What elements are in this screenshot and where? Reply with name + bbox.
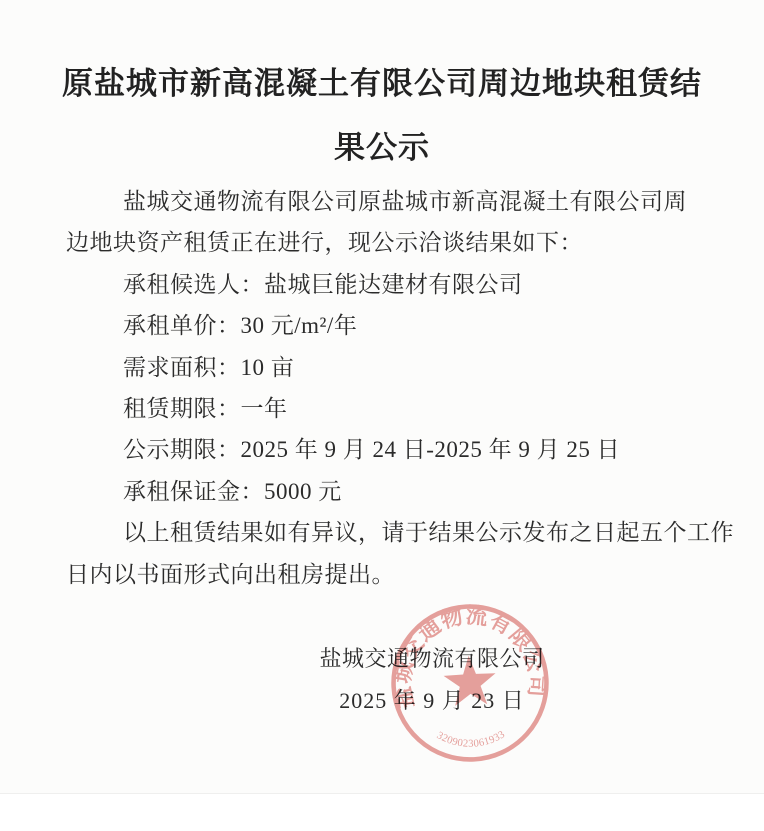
document-text-line: 公示期限：2025 年 9 月 24 日-2025 年 9 月 25 日 [66, 429, 690, 470]
signature-company: 盐城交通物流有限公司 [282, 646, 582, 672]
document-text: 租赁期限：一年 [123, 396, 288, 421]
document-text: 以上租赁结果如有异议，请于结果公示发布之日起五个工作 [123, 520, 734, 545]
document-text-line: 日内以书面形式向出租房提出。 [66, 554, 690, 595]
announcement-document-page: 原盐城市新高混凝土有限公司周边地块租赁结 果公示 盐城交通物流有限公司原盐城市新… [0, 0, 764, 794]
document-text: 边地块资产租赁正在进行，现公示洽谈结果如下： [66, 230, 583, 255]
document-text-line: 承租单价：30 元/m²/年 [66, 305, 690, 346]
signature-block: 盐城交通物流有限公司 2025 年 9 月 23 日 [282, 646, 582, 714]
document-body: 盐城交通物流有限公司原盐城市新高混凝土有限公司周 边地块资产租赁正在进行，现公示… [66, 181, 690, 595]
document-text-line: 承租候选人：盐城巨能达建材有限公司 [66, 264, 690, 305]
document-text-line: 租赁期限：一年 [66, 388, 690, 429]
signature-date: 2025 年 9 月 23 日 [282, 688, 582, 714]
document-title: 原盐城市新高混凝土有限公司周边地块租赁结 果公示 [0, 52, 764, 180]
document-text-line: 盐城交通物流有限公司原盐城市新高混凝土有限公司周 [66, 181, 690, 222]
document-text-line: 承租保证金：5000 元 [66, 471, 690, 512]
document-text: 公示期限：2025 年 9 月 24 日-2025 年 9 月 25 日 [123, 437, 620, 462]
svg-text:3209023061933: 3209023061933 [434, 727, 507, 752]
document-title-line1: 原盐城市新高混凝土有限公司周边地块租赁结 [0, 52, 764, 116]
document-text: 承租候选人：盐城巨能达建材有限公司 [123, 272, 523, 297]
document-text: 承租保证金：5000 元 [123, 479, 342, 504]
seal-number-text: 3209023061933 [434, 727, 507, 752]
document-text: 盐城交通物流有限公司原盐城市新高混凝土有限公司周 [123, 189, 687, 214]
document-text: 需求面积：10 亩 [123, 355, 294, 380]
document-text-line: 以上租赁结果如有异议，请于结果公示发布之日起五个工作 [66, 512, 690, 553]
document-text: 承租单价：30 元/m²/年 [123, 313, 357, 338]
document-text-line: 边地块资产租赁正在进行，现公示洽谈结果如下： [66, 222, 690, 263]
document-text-line: 需求面积：10 亩 [66, 347, 690, 388]
document-title-line2: 果公示 [0, 116, 764, 180]
document-text: 日内以书面形式向出租房提出。 [66, 562, 395, 587]
